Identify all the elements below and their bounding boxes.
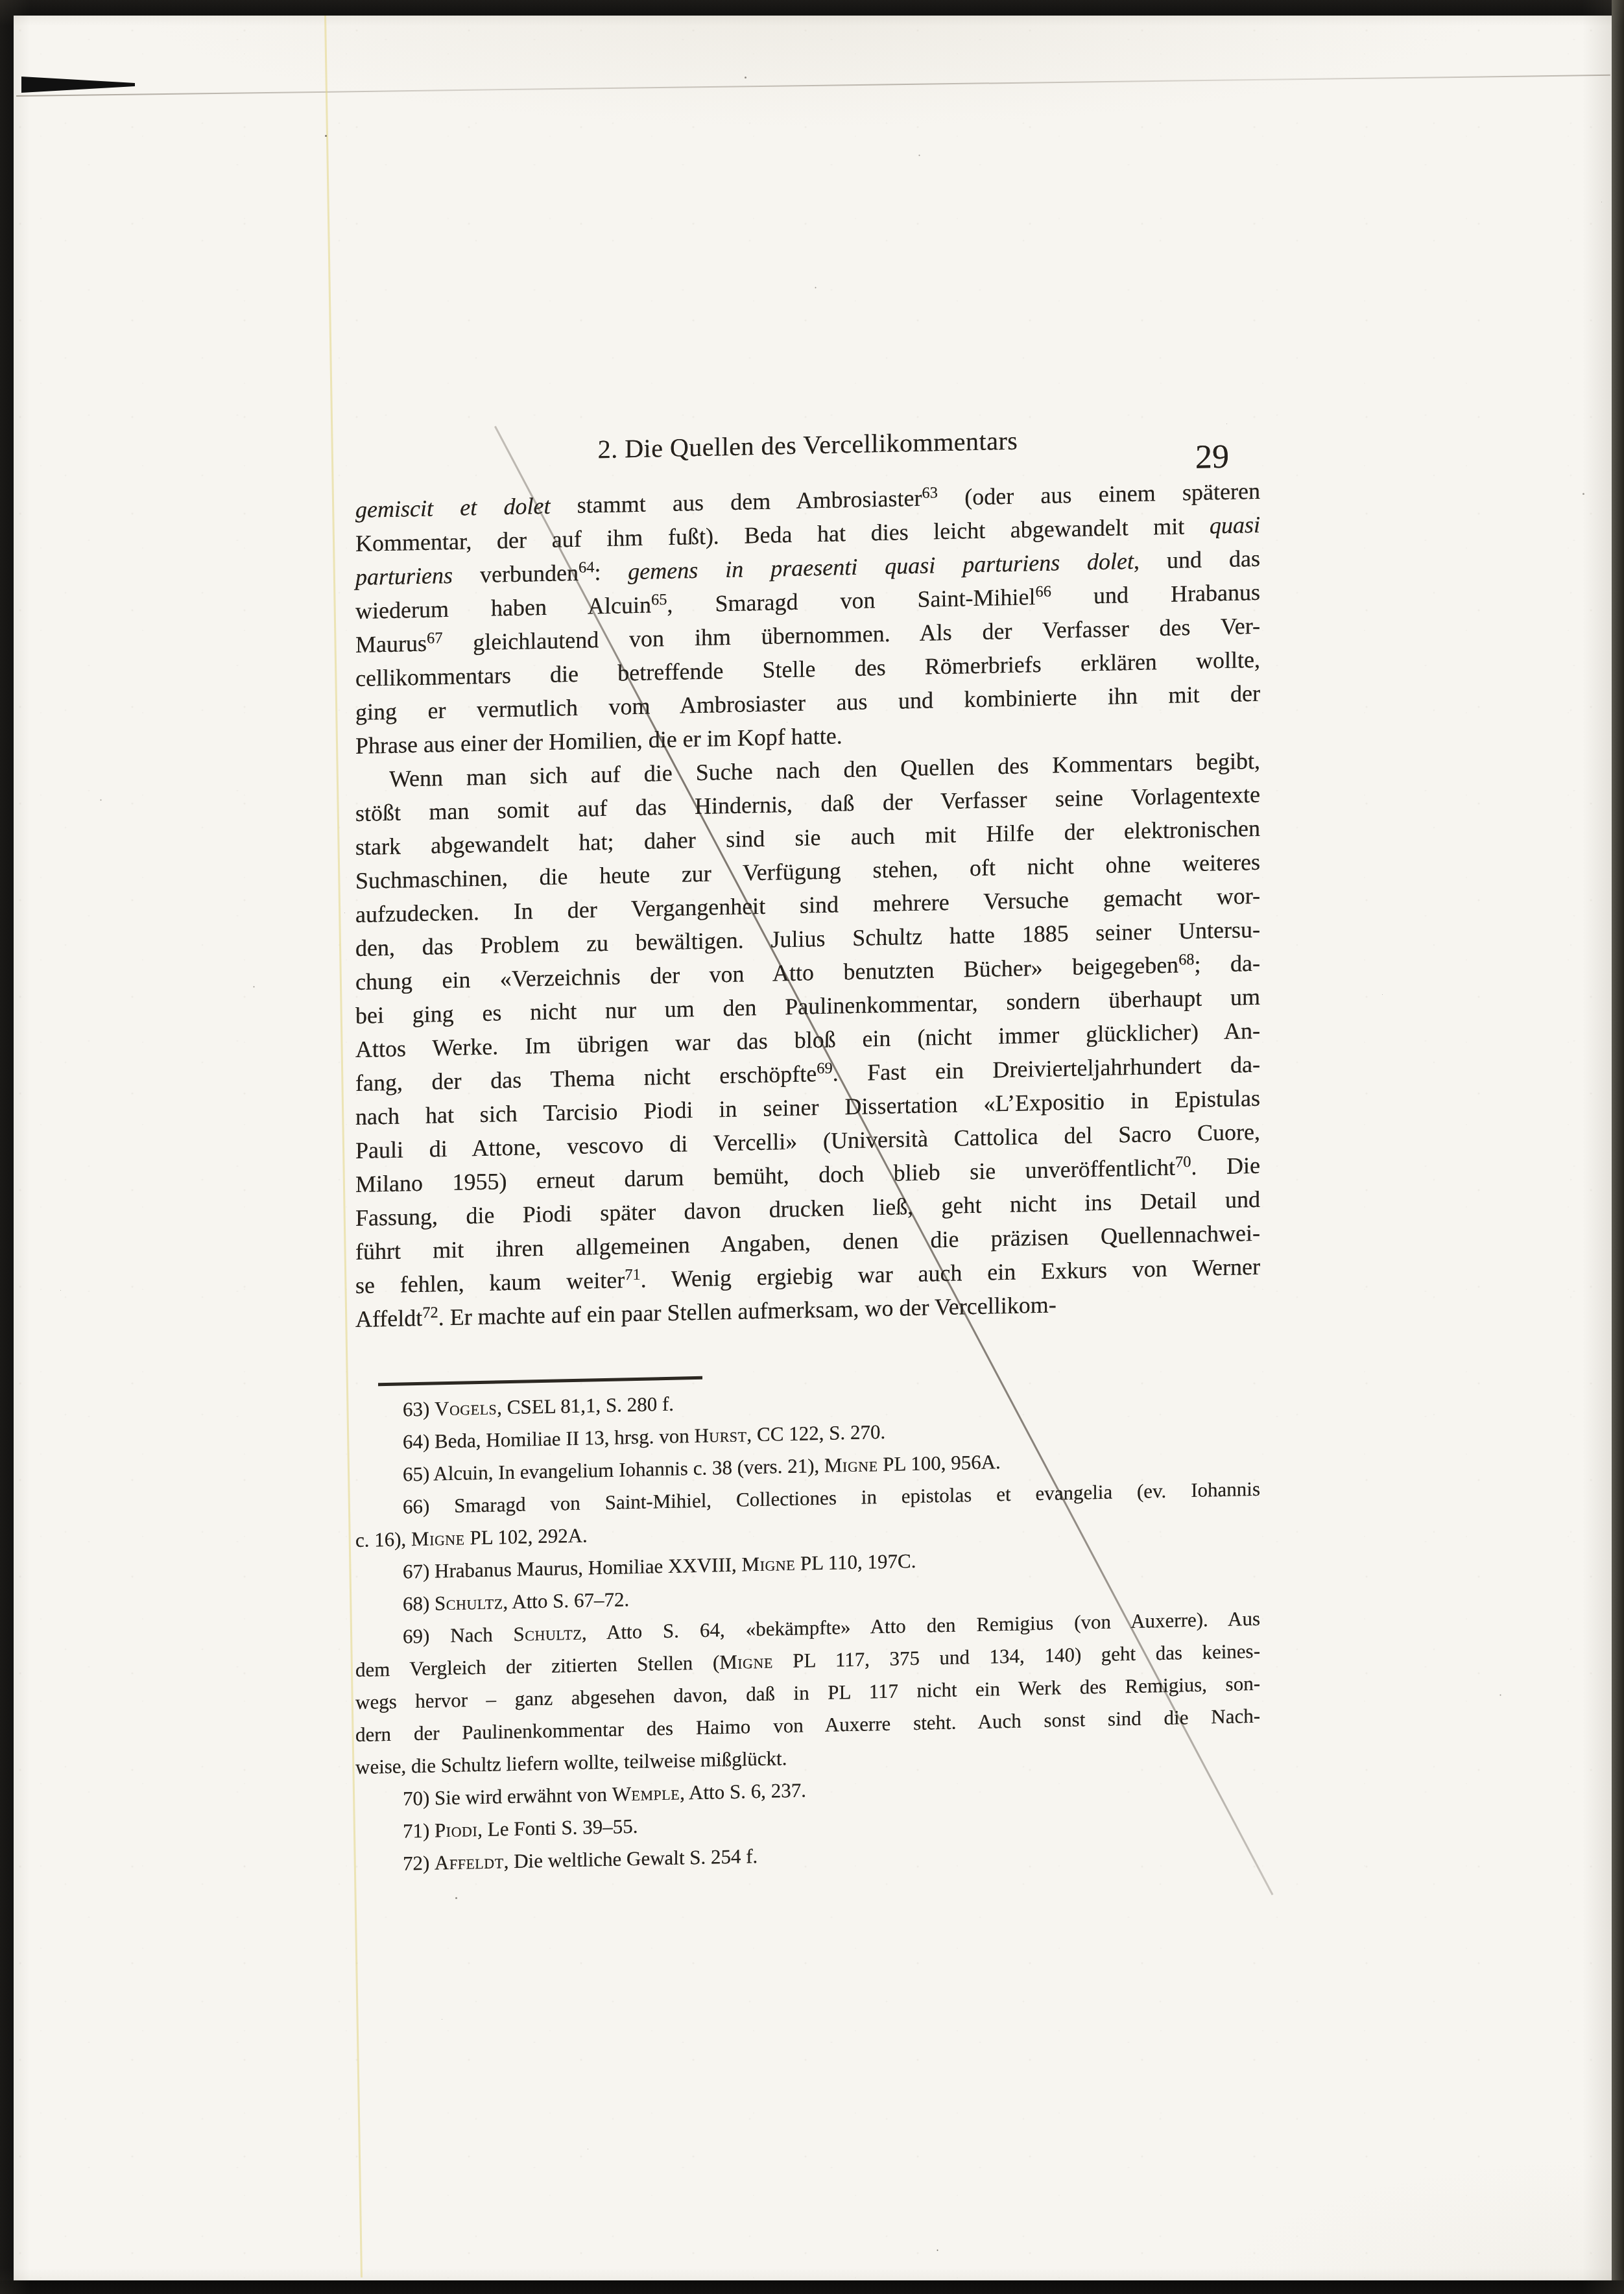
text-segment: parturiens [355,562,453,590]
text-segment: : [594,558,628,585]
text-segment: Maurus [355,630,427,658]
footnote-reference: 72 [422,1304,438,1322]
footnote-reference: 66 [1036,583,1051,601]
text-segment: , Atto S. 67–72. [503,1588,630,1613]
text-segment: weise, die Schultz liefern wollte, teilw… [355,1747,787,1778]
footnote-reference: 71 [625,1266,640,1284]
footnote-reference: 70 [1175,1153,1191,1171]
text-segment: 65) Alcuin, In evangelium Iohannis c. 38… [403,1454,824,1486]
text-segment: , Smaragd von Saint-Mihiel [667,584,1035,617]
text-segment: stammt aus dem Ambrosiaster [551,485,922,519]
running-header-title: 2. Die Quellen des Vercellikommentars [355,420,1260,470]
text-segment: , Die weltliche Gewalt S. 254 f. [504,1845,758,1872]
text-segment: 67) Hrabanus Maurus, Homiliae XXVIII, [403,1553,742,1583]
text-segment: . Fast ein Dreivierteljahrhundert da- [833,1051,1260,1086]
footnote-reference: 65 [651,591,667,609]
text-segment: Hurst [694,1423,746,1447]
text-segment: Migne [742,1552,796,1576]
text-segment: und Hrabanus [1051,579,1260,610]
text-segment: 69) Nach [403,1623,514,1648]
text-segment: 72) [403,1851,435,1874]
text-segment: 64) Beda, Homiliae II 13, hrsg. von [403,1424,694,1453]
text-segment: 63) [403,1397,435,1420]
text-segment: PL 117, 375 und 134, 140) geht das keine… [773,1640,1260,1673]
text-segment: PL 100, 956A. [878,1450,1001,1476]
text-segment: , Atto S. 6, 237. [680,1778,806,1804]
footnote-separator [378,1376,702,1386]
scan-line-artifact [16,75,1610,97]
footnote-reference: 64 [579,559,594,577]
running-head: 2. Die Quellen des Vercellikommentars 29 [355,420,1260,484]
text-segment: PL 102, 292A. [465,1524,588,1549]
text-segment: . Die [1191,1153,1260,1180]
footnotes: 63) Vogels, CSEL 81,1, S. 280 f.64) Beda… [355,1376,1260,1881]
text-segment: Schultz [435,1590,503,1614]
text-segment: wiederum haben Alcuin [355,591,651,624]
text-segment: 70) Sie wird erwähnt von [403,1783,612,1810]
text-segment: gemiscit et dolet [355,493,551,523]
text-segment: ; da- [1195,950,1260,977]
footnote-reference: 67 [427,629,442,647]
scanned-book-page: 2. Die Quellen des Vercellikommentars 29… [0,0,1624,2294]
text-segment: Piodi [435,1818,477,1841]
text-segment: 71) [403,1819,435,1842]
text-segment: dem Vergleich der zitierten Stellen ( [355,1651,719,1681]
text-segment: se fehlen, kaum weiter [355,1267,625,1298]
text-segment: Migne [411,1526,465,1550]
text-segment: Migne [824,1453,878,1477]
text-segment: PL 110, 197C. [795,1549,916,1575]
text-segment: Affeldt [435,1850,504,1874]
footnote-reference: 63 [922,484,938,502]
text-segment: Vogels [435,1396,497,1420]
text-segment: fang, der das Thema nicht erschöpfte [355,1060,817,1096]
scan-edge-right [1612,0,1624,2294]
page-number: 29 [1195,440,1229,475]
text-segment: Affeldt [355,1305,422,1332]
text-segment: , und das [1134,545,1260,574]
body-text: gemiscit et dolet stammt aus dem Ambrosi… [355,474,1260,1336]
text-segment: , CC 122, S. 270. [747,1420,886,1446]
text-segment: , CSEL 81,1, S. 280 f. [497,1392,674,1419]
footnote-reference: 69 [817,1060,832,1078]
text-segment: verbunden [453,560,579,588]
text-segment: , Le Fonti S. 39–55. [477,1815,638,1841]
scan-edge-top [0,0,1624,16]
scan-wedge-artifact [21,76,135,93]
page-content: 2. Die Quellen des Vercellikommentars 29… [355,406,1260,1930]
text-segment: Migne [719,1650,773,1674]
text-segment: Wemple [612,1782,680,1806]
text-segment: (oder aus einem späteren [938,478,1260,510]
text-segment: c. 16), [355,1527,411,1551]
text-segment: quasi [1210,512,1260,539]
scan-edge-bottom [0,2280,1624,2294]
dust-speckles [325,135,327,137]
scan-edge-left [0,0,14,2294]
text-segment: Schultz [514,1621,582,1645]
footnote-reference: 68 [1178,951,1194,969]
text-segment: 68) [403,1592,435,1615]
